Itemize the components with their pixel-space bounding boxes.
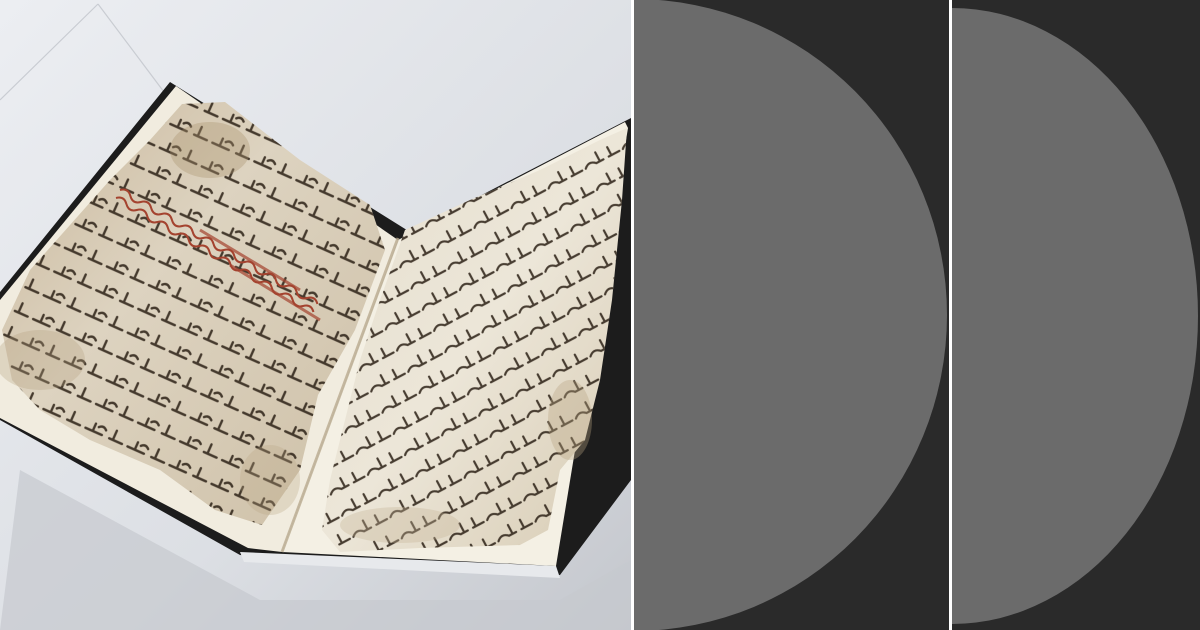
half-disc-shape — [634, 0, 949, 630]
panel-1 — [634, 0, 949, 630]
half-disc-shape — [952, 0, 1200, 630]
manuscript-illustration — [0, 0, 631, 630]
manuscript-photo — [0, 0, 631, 630]
panel-2 — [952, 0, 1200, 630]
